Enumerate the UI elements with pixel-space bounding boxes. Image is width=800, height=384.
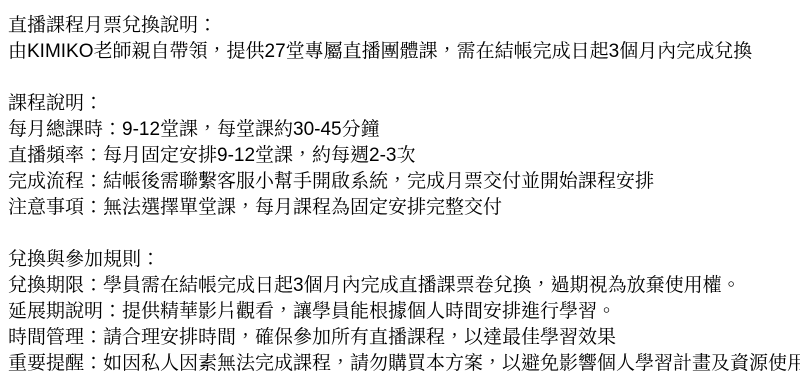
course-info-line-caution: 注意事項：無法選擇單堂課，每月課程為固定安排完整交付 xyxy=(8,195,794,221)
course-info-heading: 課程說明： xyxy=(8,91,794,117)
section-spacer xyxy=(8,65,794,91)
rule-line-extension: 延展期說明：提供精華影片觀看，讓學員能根據個人時間安排進行學習。 xyxy=(8,299,794,325)
rule-line-deadline: 兌換期限：學員需在結帳完成日起3個月內完成直播課票卷兌換，過期視為放棄使用權。 xyxy=(8,273,794,299)
course-info-line-frequency: 直播頻率：每月固定安排9-12堂課，約每週2-3次 xyxy=(8,143,794,169)
redemption-rules-heading: 兌換與參加規則： xyxy=(8,247,794,273)
section-spacer xyxy=(8,221,794,247)
rule-line-important-reminder: 重要提醒：如因私人因素無法完成課程，請勿購買本方案，以避免影響個人學習計畫及資源… xyxy=(8,351,794,377)
rule-line-time-management: 時間管理：請合理安排時間，確保參加所有直播課程，以達最佳學習效果 xyxy=(8,325,794,351)
notice-intro: 由KIMIKO老師親自帶領，提供27堂專屬直播團體課，需在結帳完成日起3個月內完… xyxy=(8,39,794,65)
notice-title: 直播課程月票兌換說明： xyxy=(8,13,794,39)
redemption-notice-document: 直播課程月票兌換說明： 由KIMIKO老師親自帶領，提供27堂專屬直播團體課，需… xyxy=(0,0,800,384)
course-info-line-process: 完成流程：結帳後需聯繫客服小幫手開啟系統，完成月票交付並開始課程安排 xyxy=(8,169,794,195)
course-info-line-total-hours: 每月總課時：9-12堂課，每堂課約30-45分鐘 xyxy=(8,117,794,143)
